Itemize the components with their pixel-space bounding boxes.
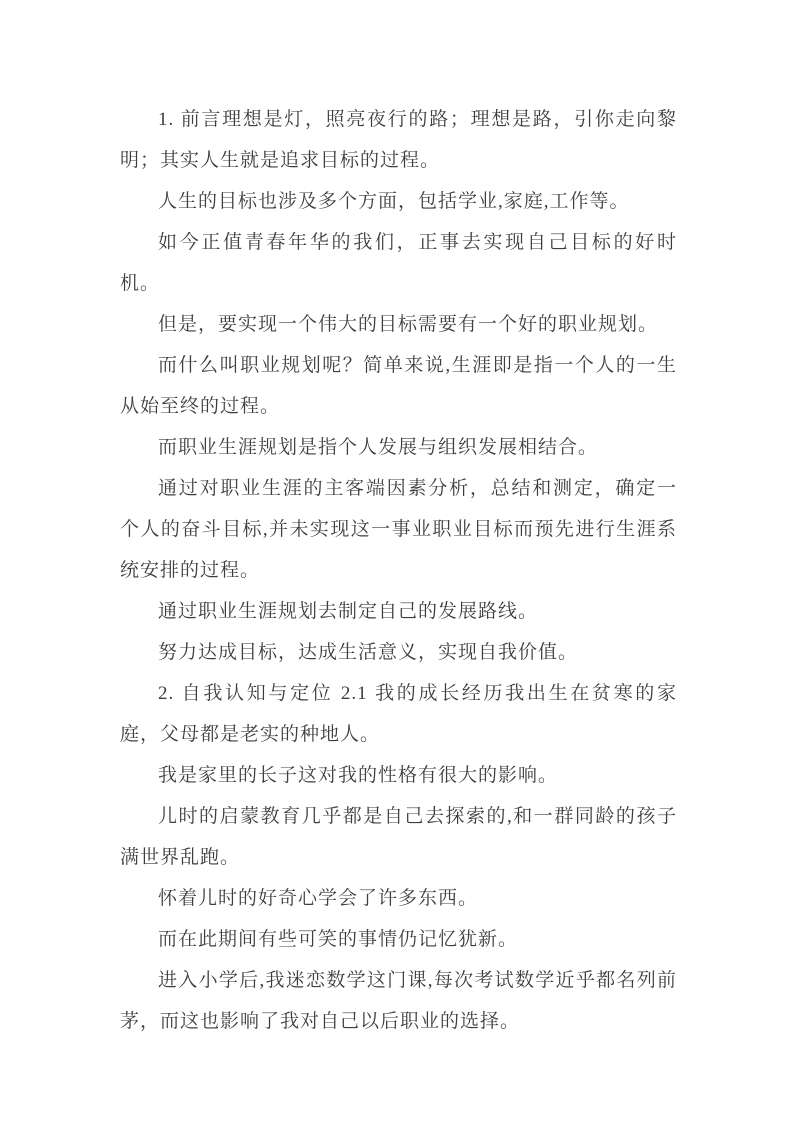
paragraph-analysis-process: 通过对职业生涯的主客端因素分析，总结和测定，确定一个人的奋斗目标,并未实现这一事… <box>120 468 677 591</box>
paragraph-career-definition: 而职业生涯规划是指个人发展与组织发展相结合。 <box>120 427 677 468</box>
paragraph-youth-timing: 如今正值青春年华的我们，正事去实现自己目标的好时机。 <box>120 222 677 304</box>
document-page: 1. 前言理想是灯，照亮夜行的路；理想是路，引你走向黎明；其实人生就是追求目标的… <box>0 0 793 1122</box>
paragraph-self-value: 努力达成目标，达成生活意义，实现自我价值。 <box>120 632 677 673</box>
paragraph-funny-memories: 而在此期间有些可笑的事情仍记忆犹新。 <box>120 919 677 960</box>
paragraph-self-cognition-heading: 2. 自我认知与定位 2.1 我的成长经历我出生在贫寒的家庭，父母都是老实的种地… <box>120 673 677 755</box>
paragraph-development-route: 通过职业生涯规划去制定自己的发展路线。 <box>120 591 677 632</box>
paragraph-what-is-career-plan: 而什么叫职业规划呢？简单来说,生涯即是指一个人的一生从始至终的过程。 <box>120 345 677 427</box>
paragraph-primary-school-math: 进入小学后,我迷恋数学这门课,每次考试数学近乎都名列前茅，而这也影响了我对自己以… <box>120 960 677 1042</box>
paragraph-intro-heading: 1. 前言理想是灯，照亮夜行的路；理想是路，引你走向黎明；其实人生就是追求目标的… <box>120 99 677 181</box>
paragraph-life-goals: 人生的目标也涉及多个方面，包括学业,家庭,工作等。 <box>120 181 677 222</box>
paragraph-eldest-son: 我是家里的长子这对我的性格有很大的影响。 <box>120 755 677 796</box>
paragraph-curiosity: 怀着儿时的好奇心学会了许多东西。 <box>120 878 677 919</box>
document-body: 1. 前言理想是灯，照亮夜行的路；理想是路，引你走向黎明；其实人生就是追求目标的… <box>120 99 677 1042</box>
paragraph-childhood-exploration: 儿时的启蒙教育几乎都是自己去探索的,和一群同龄的孩子满世界乱跑。 <box>120 796 677 878</box>
paragraph-need-plan: 但是，要实现一个伟大的目标需要有一个好的职业规划。 <box>120 304 677 345</box>
